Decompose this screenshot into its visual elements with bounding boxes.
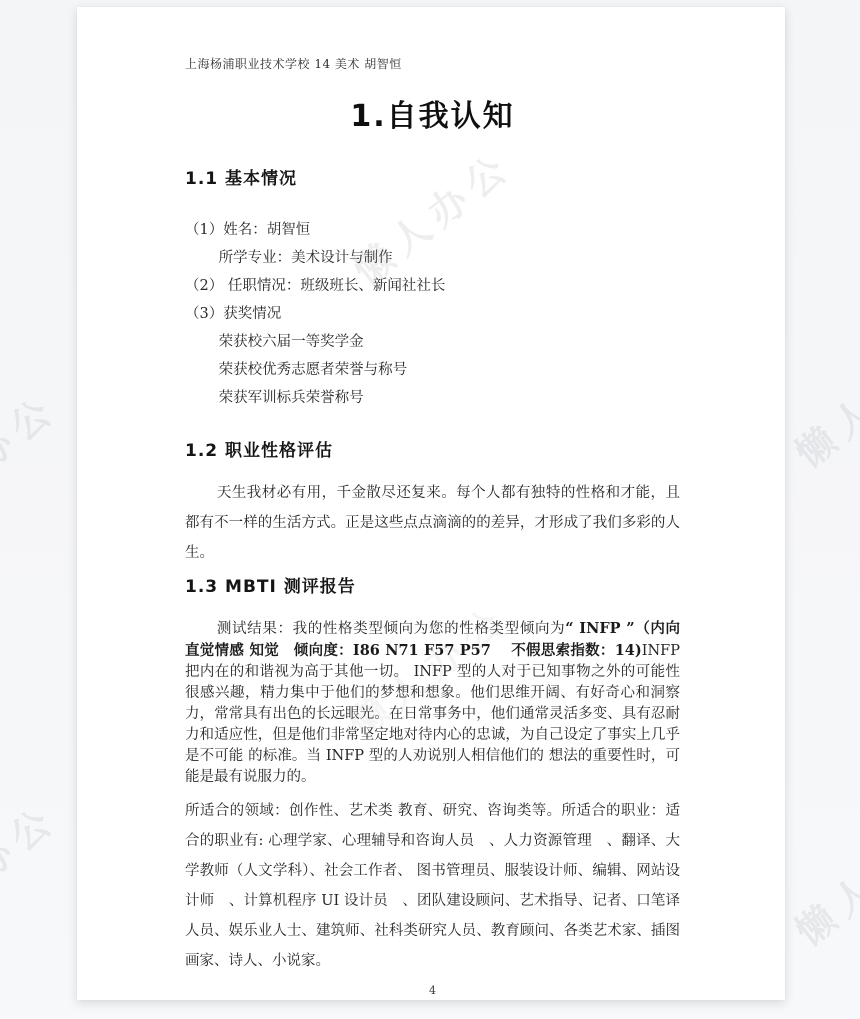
mbti-result-prefix: 测试结果：我的性格类型倾向为您的性格类型倾向为 [217, 621, 565, 637]
watermark-text: 懒人办公 [0, 789, 67, 948]
mbti-careers-paragraph: 所适合的领域：创作性、艺术类 教育、研究、咨询类等。所适合的职业：适合的职业有:… [185, 796, 680, 976]
text-line: （1）姓名：胡智恒 [185, 216, 680, 244]
mbti-result-description: INFP 把内在的和谐视为高于其他一切。 INFP 型的人对于已知事物之外的可能… [185, 643, 680, 785]
document-preview-canvas: 懒人办公 懒人办公 懒人办公 懒人办公 懒人办公 懒人办公 上海杨浦职业技术学校… [0, 0, 860, 1019]
section-heading-character-assessment: 1.2 职业性格评估 [185, 440, 680, 462]
text-line: 荣获军训标兵荣誉称号 [185, 384, 680, 412]
mbti-result-paragraph: 测试结果：我的性格类型倾向为您的性格类型倾向为“ INFP ”（内向 直觉情感 … [185, 618, 680, 788]
text-line: 荣获校六届一等奖学金 [185, 328, 680, 356]
character-assessment-paragraph: 天生我材必有用，千金散尽还复来。每个人都有独特的性格和才能，且都有不一样的生活方… [185, 478, 680, 568]
watermark-text: 懒人办公 [0, 379, 67, 538]
watermark-text: 懒人办公 [782, 797, 860, 956]
basic-info-list: （1）姓名：胡智恒 所学专业：美术设计与制作（2） 任职情况：班级班长、新闻社社… [185, 216, 680, 412]
document-header: 上海杨浦职业技术学校 14 美术 胡智恒 [185, 56, 680, 72]
section-heading-basic-info: 1.1 基本情况 [185, 168, 680, 190]
text-line: （2） 任职情况：班级班长、新闻社社长 [185, 272, 680, 300]
document-page: 上海杨浦职业技术学校 14 美术 胡智恒 1.自我认知 1.1 基本情况 （1）… [77, 7, 785, 1000]
text-line: 荣获校优秀志愿者荣誉与称号 [185, 356, 680, 384]
text-line: （3）获奖情况 [185, 300, 680, 328]
page-title: 1.自我认知 [185, 96, 680, 138]
text-line: 所学专业：美术设计与制作 [185, 244, 680, 272]
page-number: 4 [185, 984, 680, 998]
section-heading-mbti-report: 1.3 MBTI 测评报告 [185, 576, 680, 598]
watermark-text: 懒人办公 [782, 319, 860, 478]
